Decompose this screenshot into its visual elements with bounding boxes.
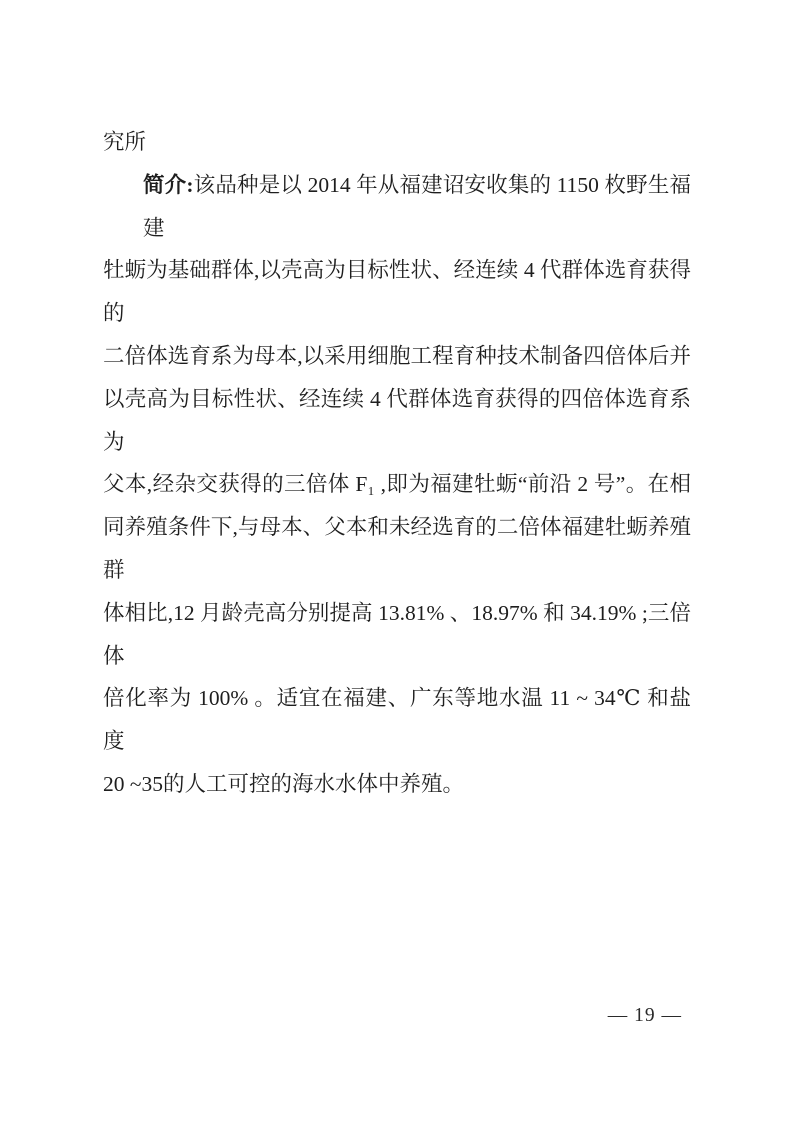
- intro-line-text: 该品种是以 2014 年从福建诏安收集的 1150 枚野生福建: [143, 173, 691, 240]
- paragraph-line: 牡蛎为基础群体,以壳高为目标性状、经连续 4 代群体选育获得的: [103, 249, 691, 335]
- page-number: — 19 —: [608, 1005, 682, 1027]
- paragraph-line: 以壳高为目标性状、经连续 4 代群体选育获得的四倍体选育系为: [103, 378, 691, 464]
- paragraph-line: 同养殖条件下,与母本、父本和未经选育的二倍体福建牡蛎养殖群: [103, 506, 691, 592]
- paragraph-line: 二倍体选育系为母本,以采用细胞工程育种技术制备四倍体后并: [103, 335, 691, 378]
- paragraph-carryover-line: 究所: [103, 121, 691, 164]
- body-text: 究所 简介:该品种是以 2014 年从福建诏安收集的 1150 枚野生福建 牡蛎…: [103, 121, 691, 806]
- paragraph-line: 倍化率为 100% 。适宜在福建、广东等地水温 11 ~ 34℃ 和盐度: [103, 677, 691, 763]
- paragraph-last-line: 20 ~35的人工可控的海水水体中养殖。: [103, 763, 691, 806]
- paragraph-line: 体相比,12 月龄壳高分别提高 13.81% 、18.97% 和 34.19% …: [103, 592, 691, 678]
- document-page: 究所 简介:该品种是以 2014 年从福建诏安收集的 1150 枚野生福建 牡蛎…: [0, 0, 794, 1123]
- paragraph-line: 父本,经杂交获得的三倍体 F₁ ,即为福建牡蛎“前沿 2 号”。在相: [103, 463, 691, 506]
- intro-line: 简介:该品种是以 2014 年从福建诏安收集的 1150 枚野生福建: [103, 164, 691, 250]
- intro-label: 简介:: [143, 173, 194, 197]
